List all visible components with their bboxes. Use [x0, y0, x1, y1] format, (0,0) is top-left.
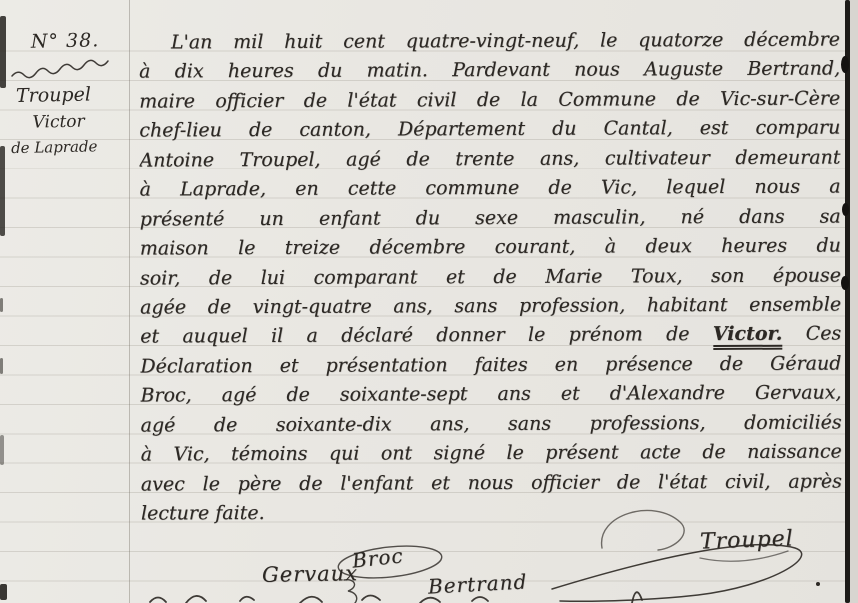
ink-dot [816, 582, 820, 586]
margin-name-place: de Laprade [11, 137, 98, 157]
act-line-17: lecture faite. [141, 496, 842, 528]
margin-rule-line [129, 0, 130, 603]
margin-name-firstname: Victor [32, 112, 85, 133]
act-line-12: Déclaration et présentation faites en pr… [140, 349, 841, 381]
bertrand-flourish [552, 545, 802, 602]
act-line-4: chef-lieu de canton, Département du Cant… [139, 114, 840, 146]
edge-mark [0, 298, 3, 312]
act-number: N° 38. [31, 29, 100, 52]
margin-name-surname: Troupel [16, 83, 91, 107]
act-text: L'an mil huit cent quatre-vingt-neuf, le… [139, 25, 842, 528]
act-line-3: maire officier de l'état civil de la Com… [139, 84, 840, 116]
edge-mark [0, 358, 3, 374]
act-line-6: à Laprade, en cette commune de Vic, lequ… [140, 173, 841, 205]
ink-blob [841, 56, 849, 73]
act-line-1: L'an mil huit cent quatre-vingt-neuf, le… [139, 25, 840, 57]
victor-line-after: Ces [806, 323, 842, 345]
act-line-11: et auquel il a déclaré donner le prénom … [140, 320, 841, 352]
act-line-8: maison le treize décembre courant, à deu… [140, 232, 841, 264]
act-line-5: Antoine Troupel, agé de trente ans, cult… [139, 143, 840, 175]
edge-mark [0, 435, 4, 465]
act-line-14: agé de soixante-dix ans, sans profession… [141, 408, 842, 440]
act-line-16: avec le père de l'enfant et nous officie… [141, 467, 842, 499]
ink-blob [841, 276, 849, 290]
edge-mark [0, 16, 6, 88]
act-number-squiggle [12, 60, 108, 77]
victor-line-before: et auquel il a déclaré donner le prénom … [140, 324, 689, 348]
act-line-2: à dix heures du matin. Pardevant nous Au… [139, 55, 840, 87]
edge-mark [0, 146, 5, 236]
edge-mark [0, 584, 7, 600]
victor-underlined-name: Victor. [713, 323, 783, 350]
act-line-10: agée de vingt-quatre ans, sans professio… [140, 290, 841, 322]
margin-annotation: N° 38. Troupel Victor de Laprade [0, 0, 128, 1]
act-line-15: à Vic, témoins qui ont signé le présent … [141, 438, 842, 470]
ink-blob [842, 203, 849, 216]
register-page-scan: N° 38. Troupel Victor de Laprade L'an mi… [0, 0, 858, 603]
signature-broc: Broc [351, 543, 405, 572]
signature-troupel: Troupel [700, 526, 795, 554]
cutoff-next-act-ink [150, 592, 642, 603]
signature-gervaux: Gervaux [262, 561, 358, 587]
act-line-7: présenté un enfant du sexe masculin, né … [140, 202, 841, 234]
signature-bertrand: Bertrand [427, 569, 527, 598]
act-line-9: soir, de lui comparant et de Marie Toux,… [140, 261, 841, 293]
act-line-13: Broc, agé de soixante-sept ans et d'Alex… [140, 379, 841, 411]
binding-line [845, 0, 850, 603]
